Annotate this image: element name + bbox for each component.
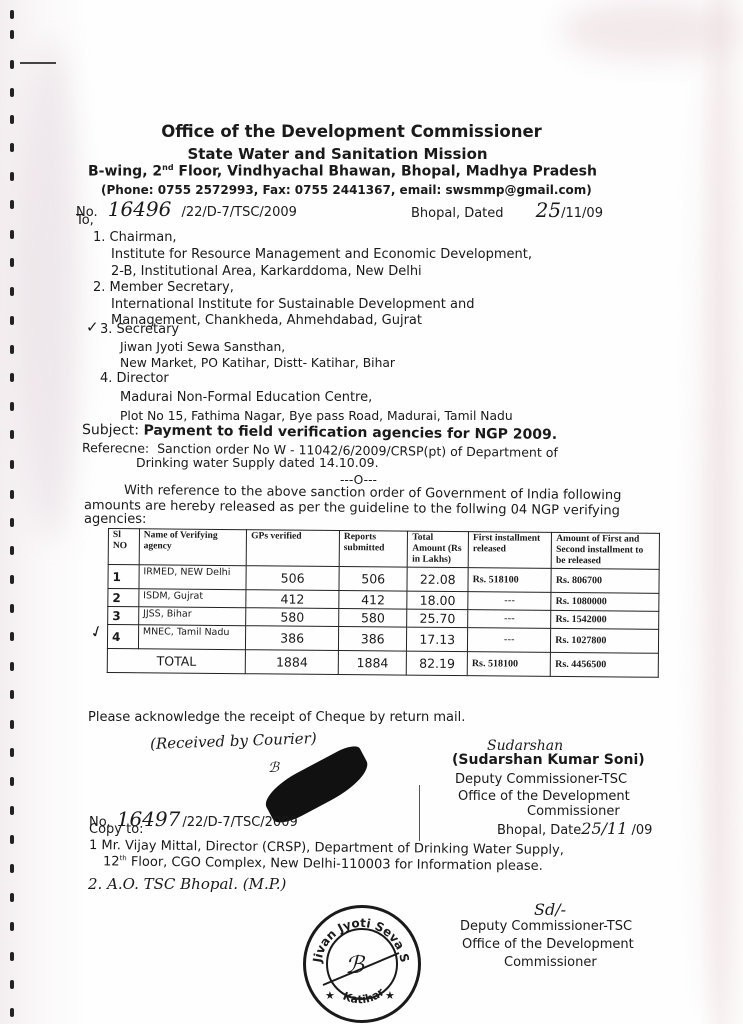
signatory-designation: Deputy Commissioner-TSC [455, 772, 627, 787]
footer-office-2: Commissioner [504, 955, 597, 970]
header-reports: Reports submitted [339, 531, 408, 568]
check-mark-icon: ✓ [86, 318, 99, 336]
footer-signature: Sd/- [534, 900, 566, 919]
handwritten-note: (Received by Courier) [150, 729, 317, 753]
footer-designation: Deputy Commissioner-TSC [460, 919, 632, 934]
agencies-table: Sl NO Name of Verifying agency GPs verif… [107, 528, 660, 678]
to-label: To, [76, 213, 94, 228]
office-title: Office of the Development Commissioner [0, 122, 703, 141]
recipient-3-title: 3. Secretary [100, 322, 179, 337]
ink-mark [20, 62, 56, 64]
header-second: Amount of First and Second installment t… [551, 532, 659, 569]
header-agency: Name of Verifying agency [139, 529, 247, 566]
document-page: Office of the Development Commissioner S… [0, 0, 743, 1024]
acknowledge-text: Please acknowledge the receipt of Cheque… [88, 710, 465, 725]
recipient-2-line-1: International Institute for Sustainable … [111, 297, 474, 312]
table-header-row: Sl NO Name of Verifying agency GPs verif… [108, 529, 659, 570]
mission-title: State Water and Sanitation Mission [0, 145, 675, 163]
recipient-1-line-1: Institute for Resource Management and Ec… [111, 247, 532, 262]
stamp-text: Jivan Jyoti Seva Sansthan Katihar ℬ ★ ★ [303, 905, 415, 1017]
recipient-4-line-2: Plot No 15, Fathima Nagar, Bye pass Road… [120, 409, 513, 423]
initials-mark: ℬ [268, 760, 279, 776]
organization-stamp: Jivan Jyoti Seva Sansthan Katihar ℬ ★ ★ [303, 905, 421, 1023]
header-total: Total Amount (Rs in Lakhs) [408, 531, 469, 568]
signatory-name: (Sudarshan Kumar Soni) [452, 752, 645, 768]
handwritten-letter-number: 16496 [108, 197, 172, 221]
recipient-1-line-2: 2-B, Institutional Area, Karkarddoma, Ne… [111, 264, 422, 279]
svg-text:★: ★ [385, 989, 395, 1002]
copy-to-label: Copy to: [89, 822, 144, 837]
svg-text:★: ★ [325, 989, 335, 1002]
recipient-2-title: 2. Member Secretary, [93, 280, 234, 295]
recipient-4-line-1: Madurai Non-Formal Education Centre, [120, 390, 372, 405]
table-total-row: TOTAL 1884 1884 82.19 Rs. 518100 Rs. 445… [107, 648, 658, 677]
copy-item-2-handwritten: 2. A.O. TSC Bhopal. (M.P.) [88, 875, 286, 893]
fold-line [419, 785, 420, 841]
body-line-3: agencies: [84, 512, 146, 527]
signatory-office-2: Commissioner [527, 804, 620, 819]
header-first: First installment released [468, 532, 552, 569]
recipient-3-line-1: Jiwan Jyoti Sewa Sansthan, [120, 340, 285, 354]
signatory-office-1: Office of the Development [458, 789, 630, 804]
footer-office-1: Office of the Development [462, 937, 634, 952]
svg-text:Katihar: Katihar [341, 985, 387, 1006]
letter-date: Bhopal, Dated 25/11/09 [411, 198, 603, 222]
header-gps: GPs verified [246, 530, 339, 567]
letter-number: No. 16496 /22/D-7/TSC/2009 [76, 197, 297, 221]
reference-line-2: Drinking water Supply dated 14.10.09. [136, 455, 379, 470]
recipient-1-title: 1. Chairman, [93, 230, 177, 245]
copy-item-1-line-2: 12th Floor, CGO Complex, New Delhi-11000… [103, 854, 543, 874]
header-sl: Sl NO [108, 529, 139, 565]
recipient-3-line-2: New Market, PO Katihar, Distt- Katihar, … [120, 356, 395, 370]
office-contact: (Phone: 0755 2572993, Fax: 0755 2441367,… [101, 183, 592, 197]
svg-text:ℬ: ℬ [345, 951, 366, 979]
recipient-4-title: 4. Director [100, 371, 169, 386]
signatory-date: Bhopal, Date25/11 /09 [497, 819, 652, 838]
tick-mark-icon: ✓ [87, 620, 106, 642]
office-address: B-wing, 2nd Floor, Vindhyachal Bhawan, B… [88, 163, 597, 180]
